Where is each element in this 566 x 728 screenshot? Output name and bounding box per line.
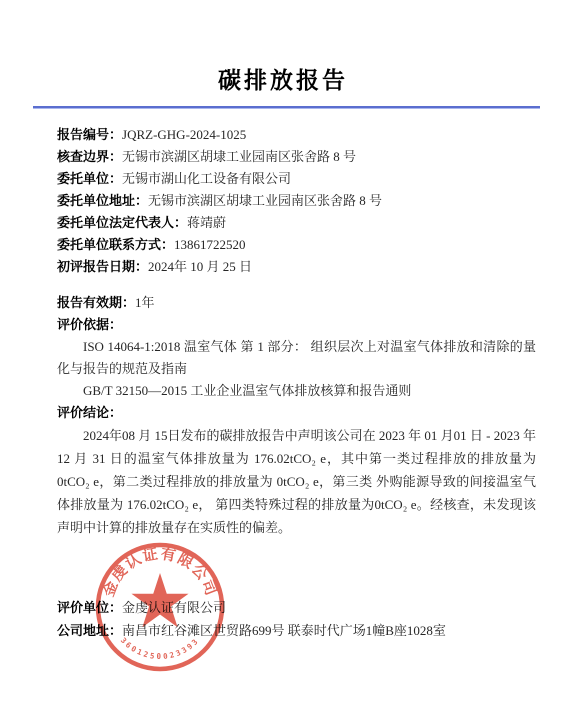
field-row-report-number: 报告编号：JQRZ-GHG-2024-1025 — [57, 124, 536, 146]
field-row-verification-boundary: 核查边界：无锡市滨湖区胡埭工业园南区张舍路 8 号 — [57, 146, 536, 168]
conclusion-text: 2024年08 月 15日发布的碳排放报告中声明该公司在 2023 年 01 月… — [57, 424, 536, 539]
field-label: 报告有效期： — [57, 295, 135, 310]
field-label: 委托单位联系方式： — [57, 237, 174, 252]
field-value: 1年 — [135, 295, 155, 310]
field-row-contact: 委托单位联系方式：13861722520 — [57, 234, 536, 256]
validity-section: 报告有效期：1年 — [57, 292, 536, 314]
basis-heading: 评价依据： — [57, 314, 536, 336]
field-value: 无锡市滨湖区胡埭工业园南区张舍路 8 号 — [148, 193, 382, 208]
field-row-client: 委托单位：无锡市湖山化工设备有限公司 — [57, 168, 536, 190]
field-row-validity: 报告有效期：1年 — [57, 292, 536, 314]
field-value: 蒋靖蔚 — [187, 215, 226, 230]
field-value: 13861722520 — [174, 237, 246, 252]
field-label: 初评报告日期： — [57, 259, 148, 274]
field-value: 南昌市红谷滩区世贸路699号 联泰时代广场1幢B座1028室 — [122, 623, 446, 638]
field-row-legal-representative: 委托单位法定代表人：蒋靖蔚 — [57, 212, 536, 234]
footer-section: 评价单位：金虔认证有限公司 公司地址：南昌市红谷滩区世贸路699号 联泰时代广场… — [57, 596, 536, 642]
field-label: 委托单位地址： — [57, 193, 148, 208]
section-label: 评价结论： — [57, 405, 122, 420]
field-row-client-address: 委托单位地址：无锡市滨湖区胡埭工业园南区张舍路 8 号 — [57, 190, 536, 212]
field-value: 2024年 10 月 25 日 — [148, 259, 252, 274]
field-label: 委托单位法定代表人： — [57, 215, 187, 230]
report-body: 报告编号：JQRZ-GHG-2024-1025 核查边界：无锡市滨湖区胡埭工业园… — [57, 124, 536, 642]
field-value: JQRZ-GHG-2024-1025 — [122, 127, 246, 142]
field-row-evaluator: 评价单位：金虔认证有限公司 — [57, 596, 536, 619]
field-value: 无锡市湖山化工设备有限公司 — [122, 171, 291, 186]
title-divider — [33, 106, 540, 109]
conclusion-section: 评价结论： 2024年08 月 15日发布的碳排放报告中声明该公司在 2023 … — [57, 402, 536, 539]
field-label: 报告编号： — [57, 127, 122, 142]
field-list: 报告编号：JQRZ-GHG-2024-1025 核查边界：无锡市滨湖区胡埭工业园… — [57, 124, 536, 278]
section-label: 评价依据： — [57, 317, 122, 332]
conclusion-heading: 评价结论： — [57, 402, 536, 424]
basis-item: GB/T 32150—2015 工业企业温室气体排放核算和报告通则 — [57, 380, 536, 402]
field-label: 评价单位： — [57, 600, 122, 615]
field-label: 核查边界： — [57, 149, 122, 164]
report-page: 碳排放报告 报告编号：JQRZ-GHG-2024-1025 核查边界：无锡市滨湖… — [0, 0, 566, 728]
field-value: 无锡市滨湖区胡埭工业园南区张舍路 8 号 — [122, 149, 356, 164]
field-row-initial-report-date: 初评报告日期：2024年 10 月 25 日 — [57, 256, 536, 278]
basis-item: ISO 14064-1:2018 温室气体 第 1 部分： 组织层次上对温室气体… — [57, 336, 536, 380]
basis-section: 评价依据： ISO 14064-1:2018 温室气体 第 1 部分： 组织层次… — [57, 314, 536, 402]
page-title: 碳排放报告 — [0, 0, 566, 95]
field-value: 金虔认证有限公司 — [122, 600, 226, 615]
field-row-company-address: 公司地址：南昌市红谷滩区世贸路699号 联泰时代广场1幢B座1028室 — [57, 619, 536, 642]
field-label: 公司地址： — [57, 623, 122, 638]
field-label: 委托单位： — [57, 171, 122, 186]
